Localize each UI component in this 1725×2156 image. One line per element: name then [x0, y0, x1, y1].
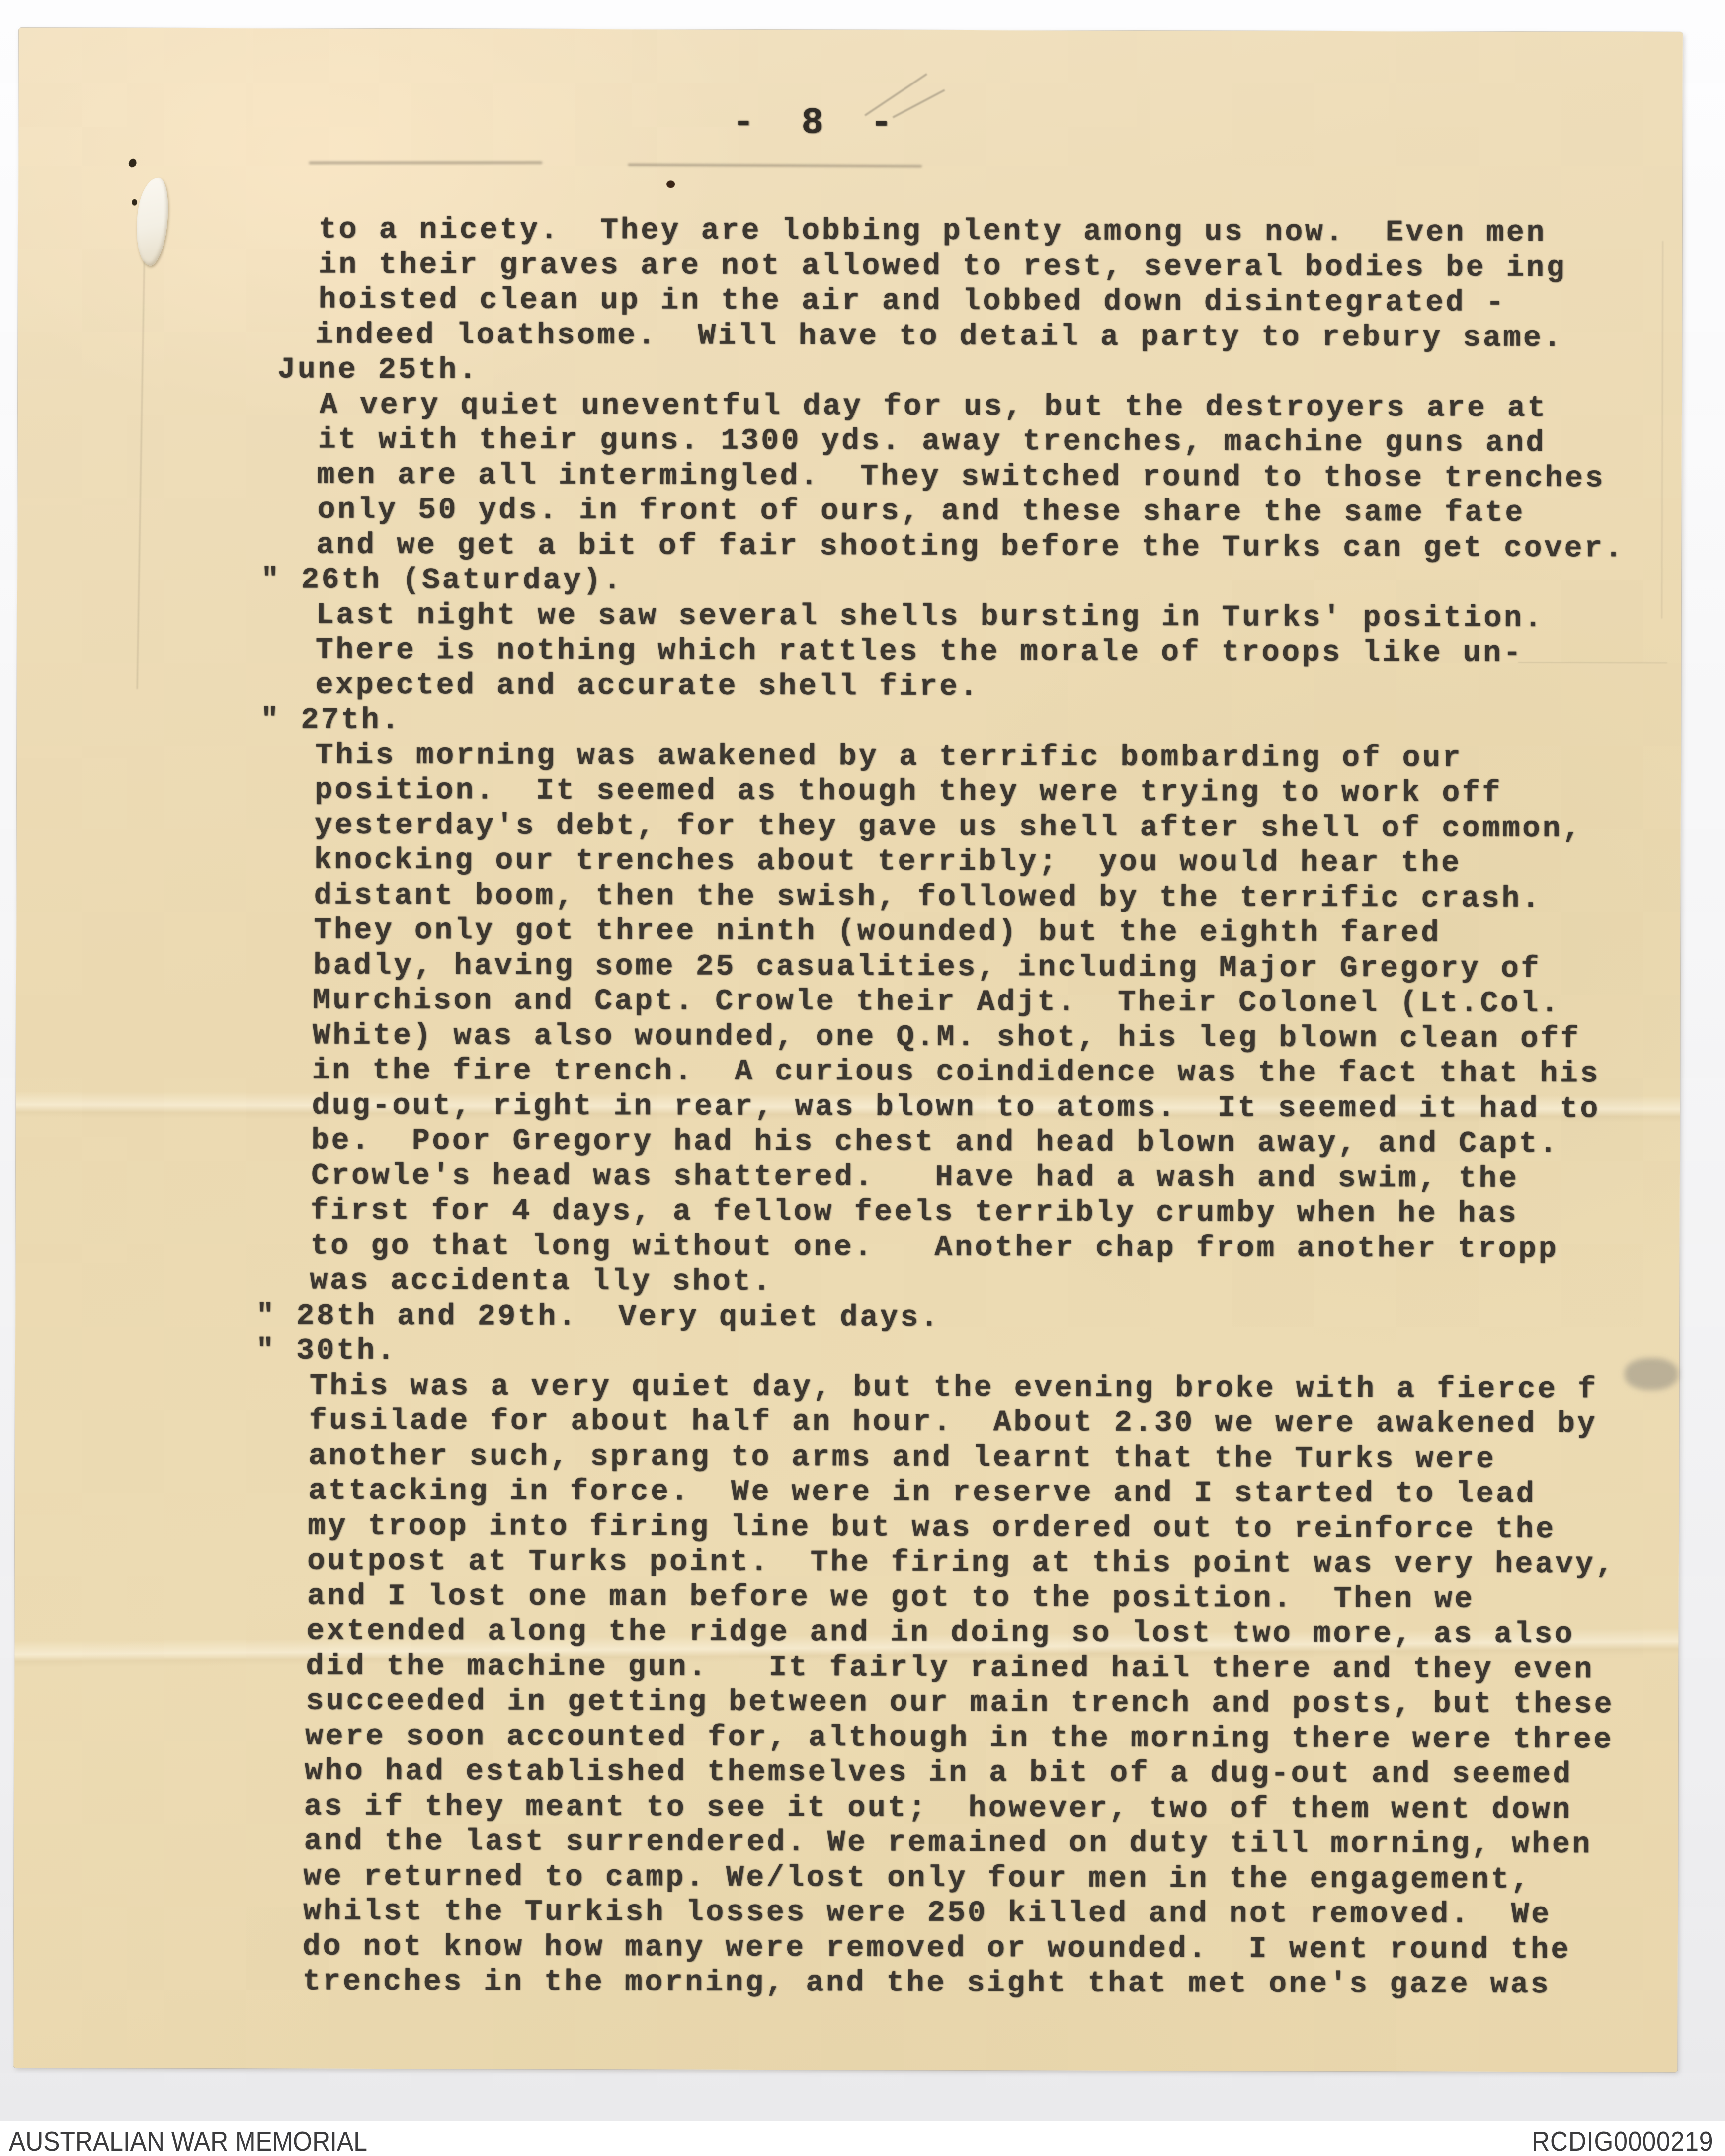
typed-line: did the machine gun. It fairly rained ha… [306, 1649, 1594, 1688]
typed-line: were soon accounted for, although in the… [305, 1719, 1614, 1758]
page-number: - 8 - [732, 102, 904, 145]
footer-left-text: AUSTRALIAN WAR MEMORIAL [9, 2127, 367, 2155]
scan-background: - 8 - to a nicety. They are lobbing plen… [0, 0, 1725, 2156]
typed-line: in their graves are not allowed to rest,… [319, 248, 1567, 286]
typed-line: extended along the ridge and in doing so… [306, 1614, 1574, 1653]
gray-smudge-blob [1625, 1358, 1678, 1390]
typed-line: to go that long without one. Another cha… [310, 1229, 1559, 1267]
typed-line: Crowle's head was shattered. Have had a … [311, 1159, 1519, 1197]
typed-line: distant boom, then the swish, followed b… [314, 878, 1542, 916]
typed-line: A very quiet uneventful day for us, but … [320, 388, 1548, 426]
typed-line: badly, having some 25 casualities, inclu… [313, 948, 1541, 987]
typed-line: do not know how many were removed or wou… [303, 1929, 1571, 1968]
typed-line: " 26th (Saturday). [261, 563, 623, 599]
typed-line: White) was also wounded, one Q.M. shot, … [313, 1018, 1581, 1057]
typed-line: to a nicety. They are lobbing plenty amo… [319, 213, 1547, 251]
document-page: - 8 - to a nicety. They are lobbing plen… [13, 28, 1683, 2072]
typed-line: as if they meant to see it out; however,… [304, 1789, 1572, 1828]
typed-line: yesterday's debt, for they gave us shell… [315, 808, 1583, 847]
typed-line: position. It seemed as though they were … [315, 773, 1502, 812]
typed-line: and we get a bit of fair shooting before… [316, 528, 1625, 567]
typed-line: " 28th and 29th. Very quiet days. [256, 1299, 940, 1336]
paper-tear [131, 176, 173, 267]
ink-speck [132, 199, 137, 206]
typed-line: my troop into firing line but was ordere… [308, 1509, 1556, 1548]
typed-line: outpost at Turks point. The firing at th… [307, 1544, 1616, 1583]
typed-line: This morning was awakened by a terrific … [315, 738, 1463, 776]
typed-line: first for 4 days, a fellow feels terribl… [311, 1194, 1519, 1232]
typed-line: whilst the Turkish losses were 250 kille… [303, 1895, 1552, 1933]
footer-bar: AUSTRALIAN WAR MEMORIAL RCDIG0000219 [0, 2121, 1725, 2156]
typed-line: and the last surrendered. We remained on… [304, 1824, 1592, 1863]
typed-line: expected and accurate shell fire. [315, 668, 980, 705]
typed-line: men are all intermingled. They switched … [317, 458, 1606, 497]
typed-line: and I lost one man before we got to the … [307, 1579, 1475, 1617]
typed-line: it with their guns. 1300 yds. away trenc… [318, 423, 1546, 461]
typed-line: who had established themselves in a bit … [305, 1754, 1573, 1793]
typed-line: hoisted clean up in the air and lobbed d… [318, 283, 1506, 321]
typed-line: There is nothing which rattles the moral… [316, 633, 1524, 671]
typed-line: " 27th. [260, 703, 402, 739]
typed-line: " 30th. [256, 1333, 397, 1369]
typed-line: succeeded in getting between our main tr… [306, 1684, 1614, 1723]
typed-line: only 50 yds. in front of ours, and these… [317, 493, 1525, 531]
ink-speck [666, 180, 675, 188]
smudge-line [309, 161, 542, 164]
paper-crease-vertical [137, 262, 145, 689]
typed-line: Murchison and Capt. Crowle their Adjt. T… [313, 984, 1561, 1022]
typed-line: knocking our trenches about terribly; yo… [314, 843, 1462, 882]
typed-line: we returned to camp. We/lost only four m… [303, 1859, 1531, 1898]
typed-line: fusilade for about half an hour. About 2… [309, 1404, 1598, 1443]
typed-line: be. Poor Gregory had his chest and head … [311, 1124, 1560, 1162]
typed-line: in the fire trench. A curious coindidenc… [312, 1054, 1600, 1092]
typed-line: another such, sprang to arms and learnt … [308, 1439, 1496, 1477]
scan-artifact-line [1518, 662, 1667, 663]
typed-line: was accidenta lly shot. [310, 1264, 773, 1300]
typed-line: They only got three ninth (wounded) but … [314, 913, 1441, 952]
smudge-line [628, 163, 922, 167]
typed-line: June 25th. [277, 352, 479, 388]
ink-speck [127, 158, 138, 169]
typed-line: This was a very quiet day, but the eveni… [310, 1369, 1598, 1408]
typed-line: Last night we saw several shells burstin… [316, 598, 1544, 636]
typed-line: dug-out, right in rear, was blown to ato… [312, 1088, 1600, 1127]
typed-line: attacking in force. We were in reserve a… [308, 1474, 1536, 1512]
typed-line: indeed loathsome. Will have to detail a … [315, 318, 1563, 356]
footer-right-text: RCDIG0000219 [1532, 2127, 1713, 2155]
scan-artifact-line [1661, 241, 1663, 619]
typed-text-block: to a nicety. They are lobbing plenty amo… [19, 28, 1683, 32]
typed-line: trenches in the morning, and the sight t… [303, 1965, 1551, 2003]
